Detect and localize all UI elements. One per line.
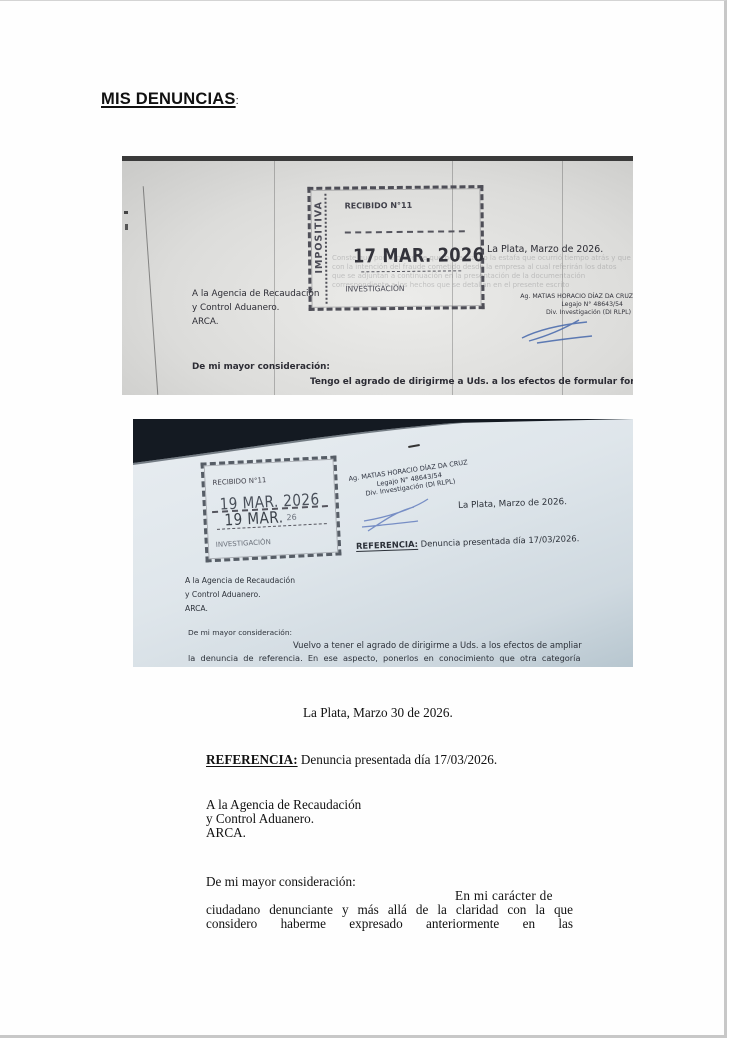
letter-addressee-line: A la Agencia de Recaudación	[206, 798, 361, 812]
received-stamp: RECIBIDO N°11 19 MAR. 2026 19 MAR. 26 IN…	[200, 456, 341, 563]
addressee-line: A la Agencia de Recaudación	[192, 289, 319, 299]
stamp-side-band: IMPOSITIVA	[308, 194, 327, 304]
letter-reference-label: REFERENCIA:	[206, 752, 298, 767]
letter-body-line: ciudadano denunciante y más allá de la c…	[206, 903, 573, 917]
letter-addressee-line: y Control Aduanero.	[206, 812, 314, 826]
photo-top-edge	[122, 156, 633, 161]
letter-body-line: En mi carácter de	[455, 889, 553, 903]
complaint-photo-2: RECIBIDO N°11 19 MAR. 2026 19 MAR. 26 IN…	[133, 419, 633, 667]
stamp-date: 17 MAR. 2026	[353, 244, 484, 267]
mark	[125, 224, 128, 230]
signature-scribble-icon	[358, 497, 438, 537]
stamp-received-number: RECIBIDO N°11	[212, 476, 266, 487]
signature-scribble-icon	[517, 316, 597, 346]
stamp-department: INVESTIGACIÓN	[345, 284, 404, 294]
letter-reference: REFERENCIA: Denuncia presentada día 17/0…	[206, 753, 497, 767]
place-date: La Plata, Marzo de 2026.	[487, 244, 603, 255]
document-page: MIS DENUNCIAS: Conste que por la present…	[0, 0, 727, 1038]
addressee-line: y Control Aduanero.	[192, 303, 279, 313]
addressee-line: ARCA.	[185, 604, 208, 613]
salutation: De mi mayor consideración:	[192, 362, 330, 372]
addressee-line: y Control Aduanero.	[185, 590, 261, 599]
paper-fold-line	[143, 186, 159, 395]
stamp-department: INVESTIGACIÓN	[216, 538, 271, 549]
addressee-line: A la Agencia de Recaudación	[185, 576, 295, 585]
salutation: De mi mayor consideración:	[188, 628, 292, 637]
stamp-received-number: RECIBIDO N°11	[345, 201, 413, 211]
page-title: MIS DENUNCIAS:	[101, 90, 239, 109]
page-title-text: MIS DENUNCIAS	[101, 90, 236, 108]
paper-fold-line	[274, 161, 275, 395]
place-date: La Plata, Marzo de 2026.	[458, 497, 567, 511]
addressee-line: ARCA.	[192, 317, 219, 327]
page-title-colon: :	[236, 95, 239, 107]
stamp-date-tail: 26	[286, 513, 297, 523]
letter-place-date: La Plata, Marzo 30 de 2026.	[303, 706, 453, 720]
mark	[124, 211, 128, 214]
reference-text: Denuncia presentada día 17/03/2026.	[418, 533, 580, 549]
reference-label: REFERENCIA:	[356, 539, 418, 551]
body-line: la denuncia de referencia. En ese aspect…	[188, 653, 580, 663]
officer-signature-block: Ag. MATIAS HORACIO DÍAZ DA CRUZ Legajo N…	[520, 293, 633, 317]
stamp-line	[361, 270, 461, 272]
letter-body-line: considero haberme expresado anteriorment…	[206, 917, 573, 931]
complaint-photo-1: Conste que por la presente que he realiz…	[122, 156, 633, 395]
body-line: Vuelvo a tener el agrado de dirigirme a …	[293, 640, 582, 650]
letter-reference-text: Denuncia presentada día 17/03/2026.	[298, 752, 498, 767]
received-stamp: IMPOSITIVA RECIBIDO N°11 17 MAR. 2026 IN…	[307, 185, 484, 311]
stamp-line	[345, 230, 465, 233]
letter-salutation: De mi mayor consideración:	[206, 875, 356, 889]
letter-addressee-line: ARCA.	[206, 826, 246, 840]
body-line: Tengo el agrado de dirigirme a Uds. a lo…	[310, 377, 633, 387]
